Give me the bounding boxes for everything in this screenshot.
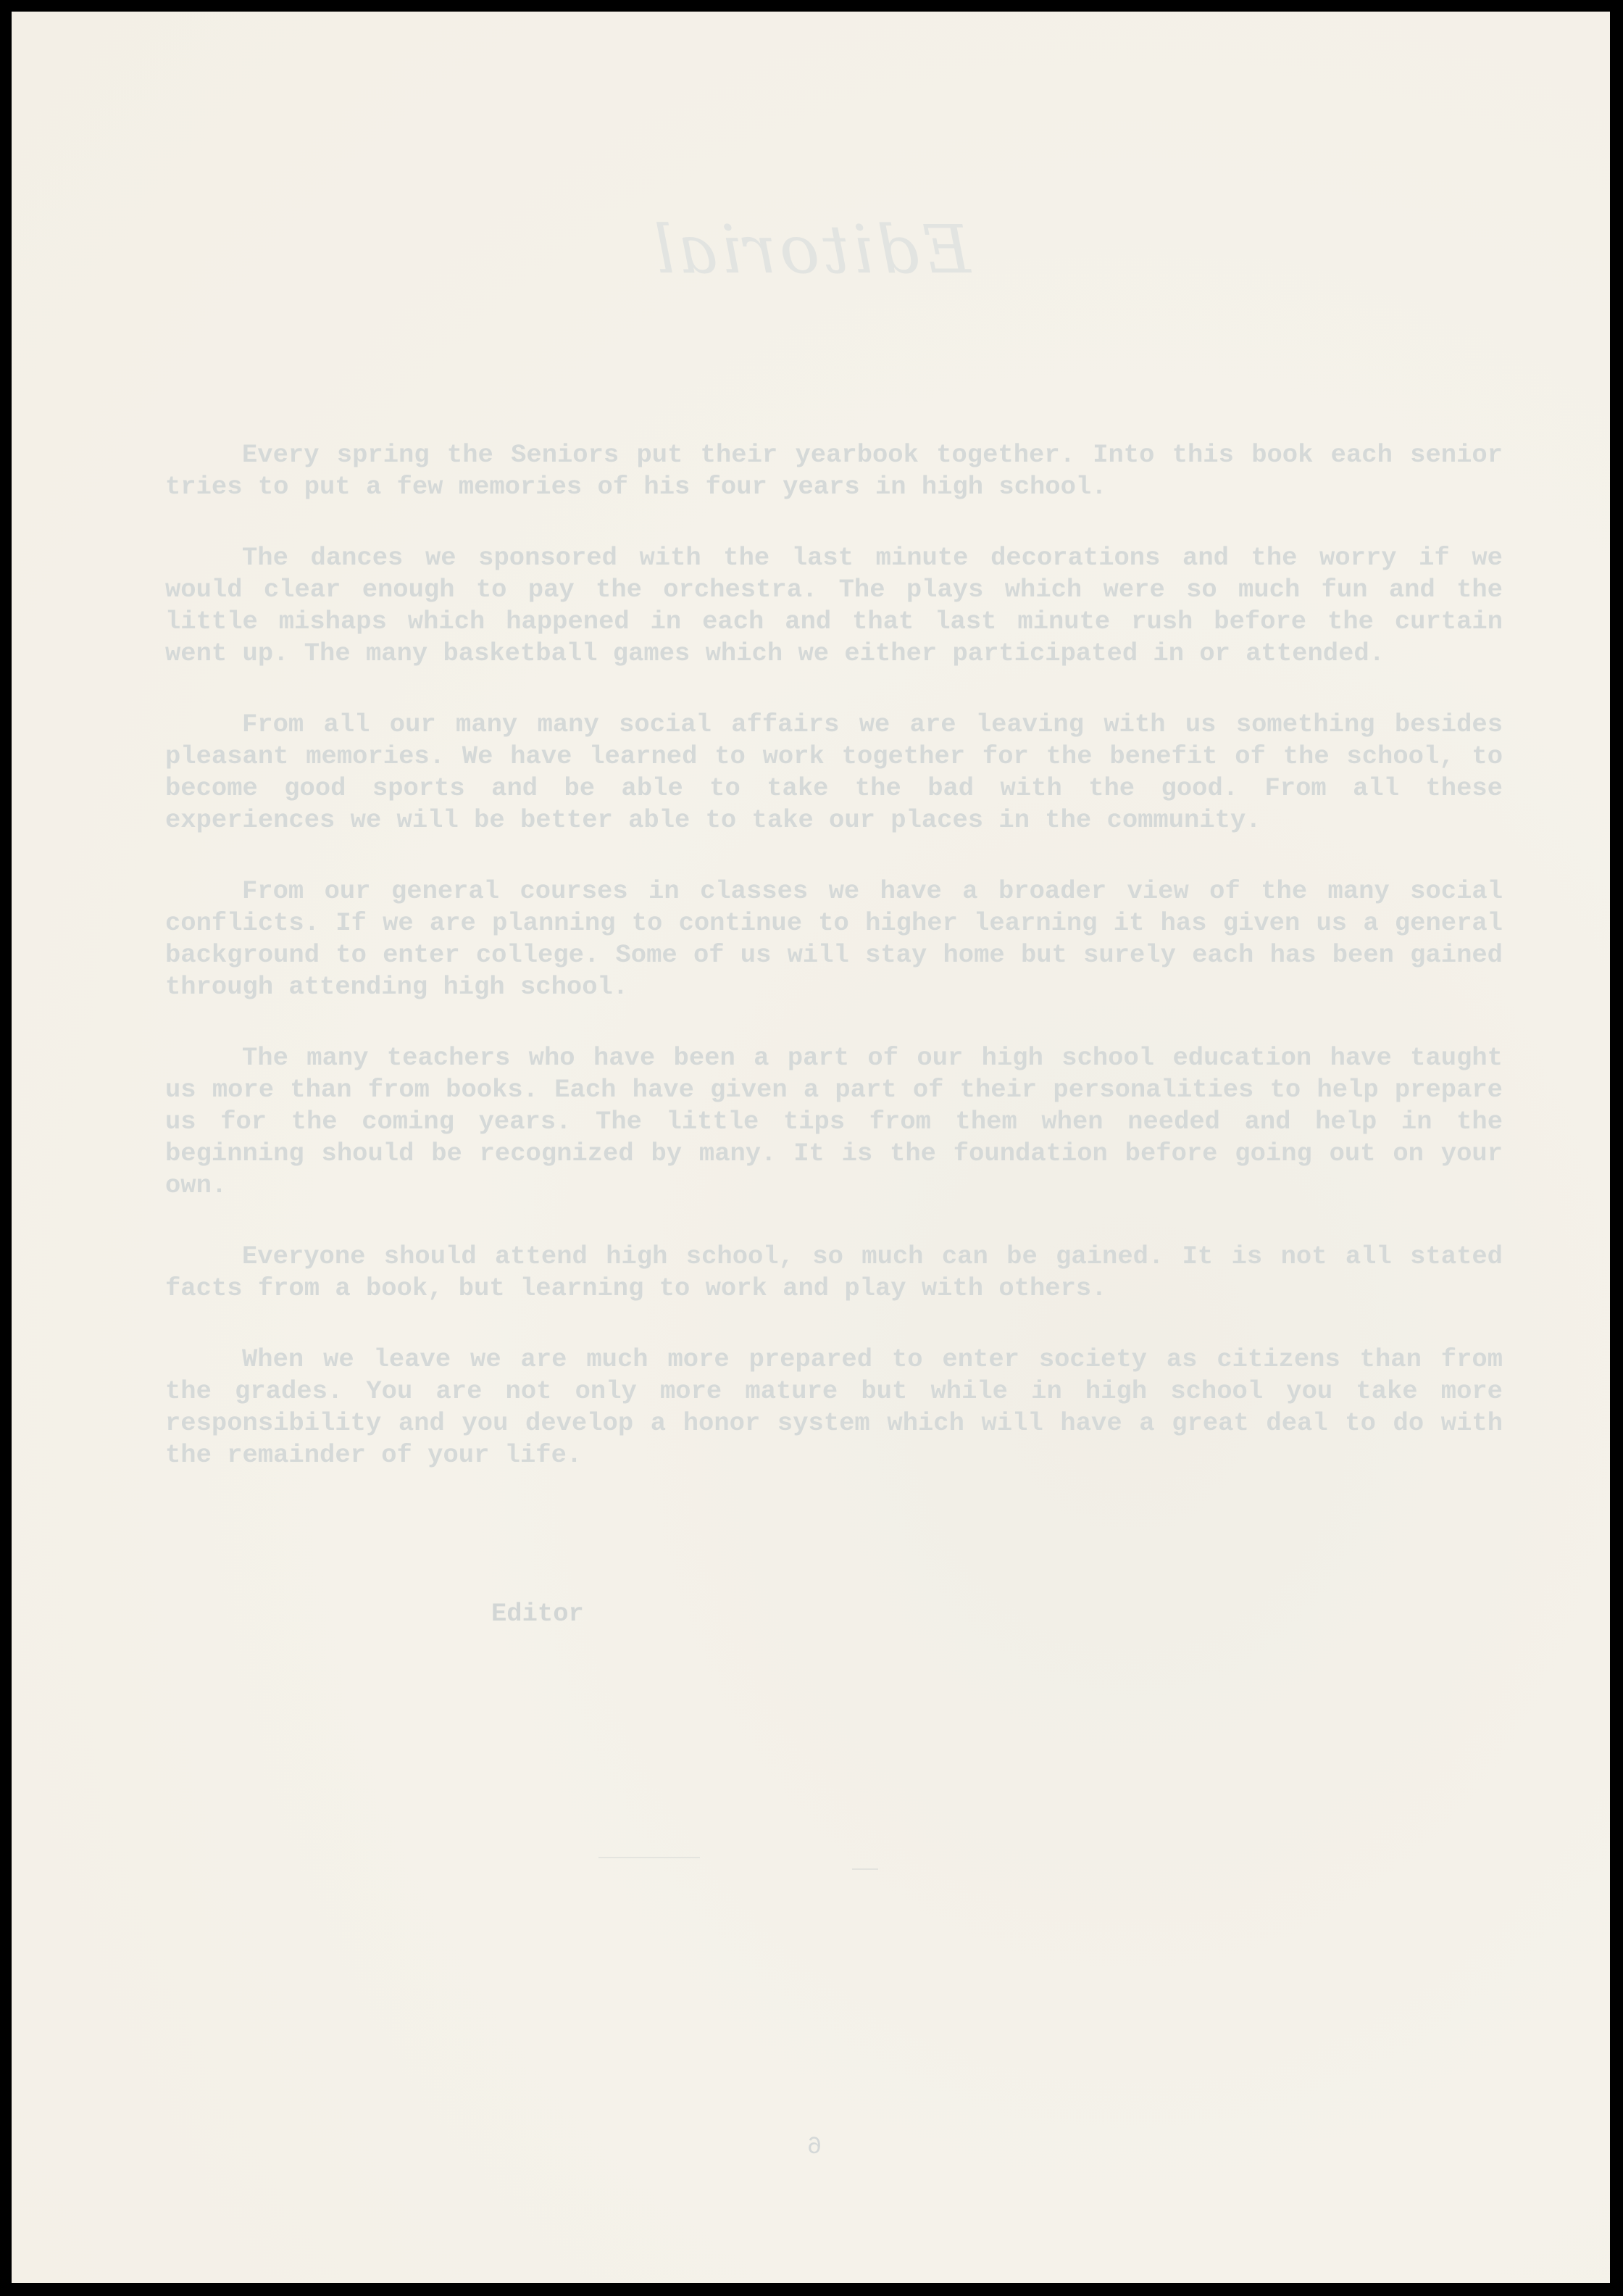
paragraph: The dances we sponsored with the last mi… — [165, 542, 1503, 670]
paragraph: Every spring the Seniors put their yearb… — [165, 439, 1503, 503]
signature: Editor — [491, 1599, 584, 1629]
page-title: Editorial — [12, 211, 1610, 288]
document-page: Editorial Every spring the Seniors put t… — [12, 12, 1610, 2283]
page-number: 6 — [807, 2134, 822, 2161]
paragraph: The many teachers who have been a part o… — [165, 1042, 1503, 1202]
paragraph: From all our many many social affairs we… — [165, 709, 1503, 836]
paragraph: Everyone should attend high school, so m… — [165, 1241, 1503, 1305]
decorative-mark — [852, 1858, 878, 1870]
paragraph: From our general courses in classes we h… — [165, 875, 1503, 1003]
editorial-body: Every spring the Seniors put their yearb… — [165, 439, 1503, 1510]
divider-line — [598, 1857, 700, 1858]
paragraph: When we leave we are much more prepared … — [165, 1344, 1503, 1471]
